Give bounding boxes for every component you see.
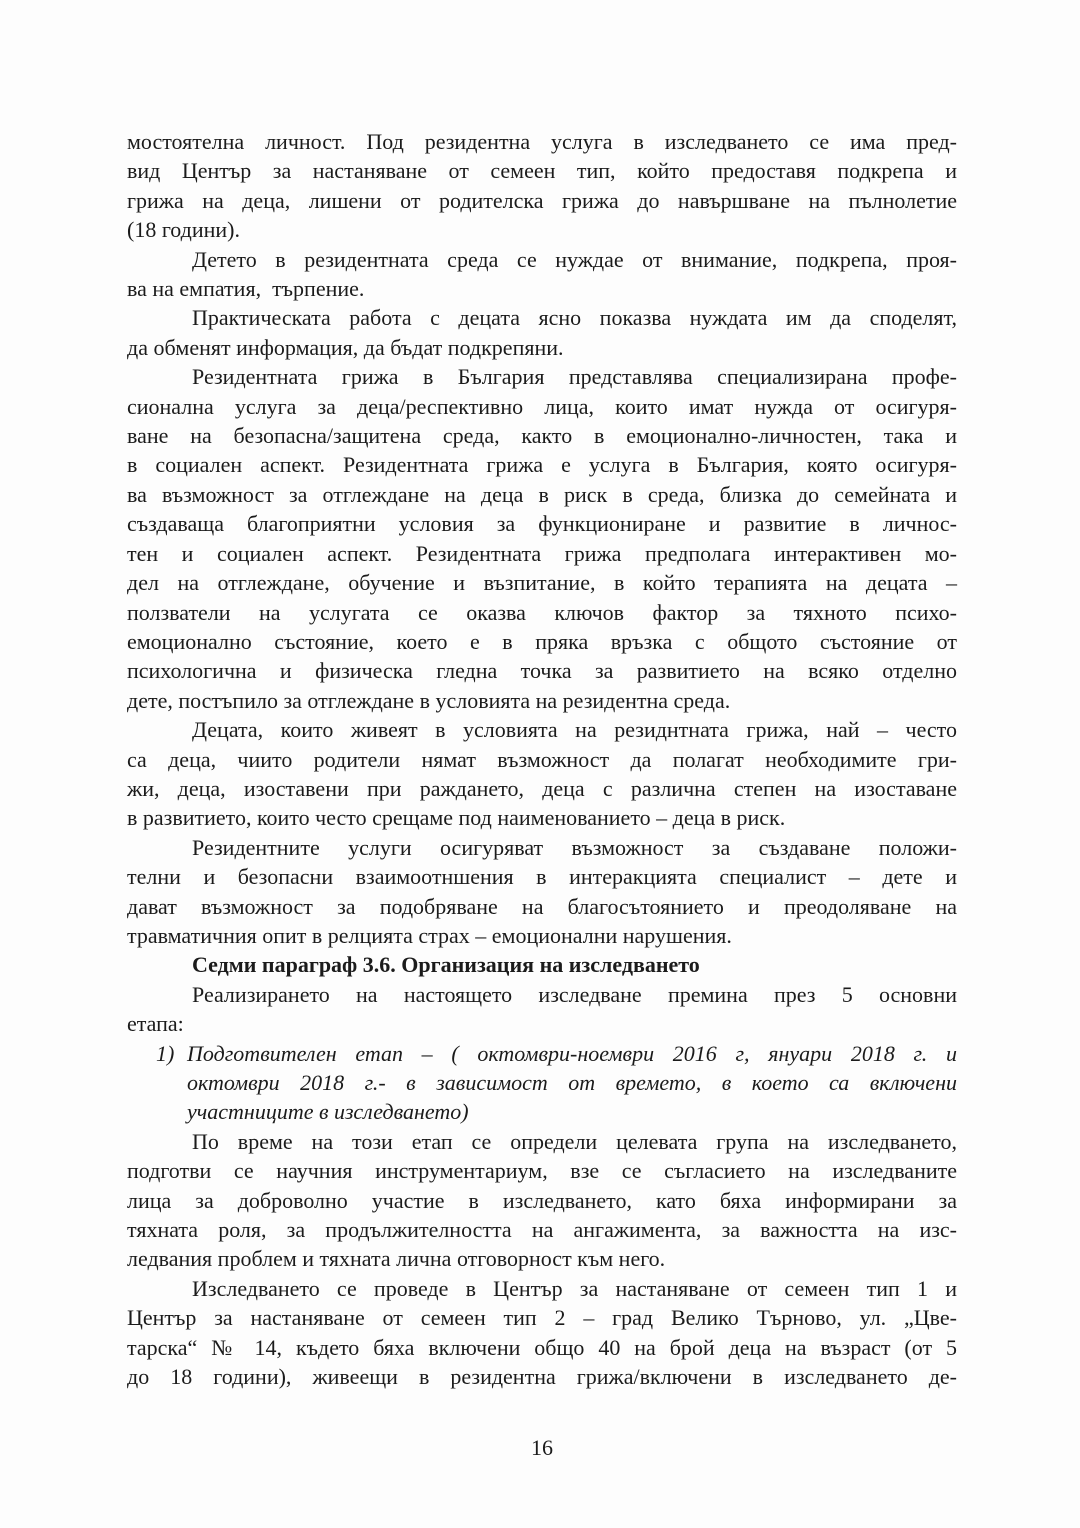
- line-text: участниците в изследването): [187, 1099, 469, 1124]
- text-line: ледвания проблем и тяхната лична отговор…: [127, 1244, 957, 1273]
- text-line: лица за доброволно участие в изследванет…: [127, 1186, 957, 1215]
- line-text: ва възможност за отглеждане на деца в ри…: [127, 482, 957, 507]
- line-text: травматичния опит в релцията страх – емо…: [127, 923, 732, 948]
- line-text: ване на безопасна/защитена среда, както …: [127, 423, 957, 448]
- text-line: в социален аспект. Резидентната грижа е …: [127, 450, 957, 479]
- line-text: тен и социален аспект. Резидентната гриж…: [127, 541, 957, 566]
- line-text: Резидентните услуги осигуряват възможнос…: [192, 835, 957, 860]
- line-text: дават възможност за подобряване на благо…: [127, 894, 957, 919]
- line-text: подготви се научния инструментариум, взе…: [127, 1158, 957, 1183]
- line-text: По време на този етап се определи целева…: [192, 1129, 957, 1154]
- text-line: 1)Подготвителен етап – ( октомври-ноемвр…: [127, 1039, 957, 1068]
- line-text: етапа:: [127, 1011, 184, 1036]
- line-text: (18 години).: [127, 217, 240, 242]
- line-text: тарска“ № 14, където бяха включени общо …: [127, 1335, 957, 1360]
- text-line: участниците в изследването): [127, 1097, 957, 1126]
- line-text: жи, деца, изоставени при раждането, деца…: [127, 776, 957, 801]
- text-line: вид Център за настаняване от семеен тип,…: [127, 156, 957, 185]
- line-text: Център за настаняване от семеен тип 2 – …: [127, 1305, 957, 1330]
- text-line: ване на безопасна/защитена среда, както …: [127, 421, 957, 450]
- text-line: (18 години).: [127, 215, 957, 244]
- page-number: 16: [127, 1433, 957, 1462]
- line-text: Реализирането на настоящето изследване п…: [192, 982, 957, 1007]
- line-text: емоционално състояние, което е в пряка в…: [127, 629, 957, 654]
- line-text: тяхната роля, за продължителността на ан…: [127, 1217, 957, 1242]
- text-line: тяхната роля, за продължителността на ан…: [127, 1215, 957, 1244]
- line-text: сионална услуга за деца/респективно лица…: [127, 394, 957, 419]
- line-text: в социален аспект. Резидентната грижа е …: [127, 452, 957, 477]
- text-line: до 18 години), живеещи в резидентна гриж…: [127, 1362, 957, 1391]
- text-line: По време на този етап се определи целева…: [127, 1127, 957, 1156]
- line-text: ва на емпатия, търпение.: [127, 276, 364, 301]
- line-text: мостоятелна личност. Под резидентна услу…: [127, 129, 957, 154]
- line-text: Изследването се проведе в Център за наст…: [192, 1276, 957, 1301]
- line-text: грижа на деца, лишени от родителска гриж…: [127, 188, 957, 213]
- text-line: травматичния опит в релцията страх – емо…: [127, 921, 957, 950]
- line-text: ледвания проблем и тяхната лична отговор…: [127, 1246, 665, 1271]
- line-text: в развитието, които често срещаме под на…: [127, 805, 785, 830]
- text-line: тен и социален аспект. Резидентната гриж…: [127, 539, 957, 568]
- text-line: етапа:: [127, 1009, 957, 1038]
- text-line: подготви се научния инструментариум, взе…: [127, 1156, 957, 1185]
- text-line: Изследването се проведе в Център за наст…: [127, 1274, 957, 1303]
- line-text: са деца, чиито родители нямат възможност…: [127, 747, 957, 772]
- line-text: Практическата работа с децата ясно показ…: [192, 305, 957, 330]
- line-text: Децата, които живеят в условията на рези…: [192, 717, 957, 742]
- text-line: Детето в резидентната среда се нуждае от…: [127, 245, 957, 274]
- line-text: телни и безопасни взаимоотншения в интер…: [127, 864, 957, 889]
- line-text: лица за доброволно участие в изследванет…: [127, 1188, 957, 1213]
- line-text: Седми параграф 3.6. Организация на изсле…: [192, 952, 700, 977]
- text-line: ва възможност за отглеждане на деца в ри…: [127, 480, 957, 509]
- line-text: до 18 години), живеещи в резидентна гриж…: [127, 1364, 957, 1389]
- text-line: телни и безопасни взаимоотншения в интер…: [127, 862, 957, 891]
- line-text: вид Център за настаняване от семеен тип,…: [127, 158, 957, 183]
- text-line: ползватели на услугата се оказва ключов …: [127, 598, 957, 627]
- text-line: да обменят информация, да бъдат подкрепя…: [127, 333, 957, 362]
- line-text: психологична и физическа гледна точка за…: [127, 658, 957, 683]
- line-text: Детето в резидентната среда се нуждае от…: [192, 247, 957, 272]
- text-line: октомври 2018 г.- в зависимост от времет…: [127, 1068, 957, 1097]
- text-line: дел на отглеждане, обучение и възпитание…: [127, 568, 957, 597]
- text-line: в развитието, които често срещаме под на…: [127, 803, 957, 832]
- line-text: ползватели на услугата се оказва ключов …: [127, 600, 957, 625]
- text-line: тарска“ № 14, където бяха включени общо …: [127, 1333, 957, 1362]
- text-block: мостоятелна личност. Под резидентна услу…: [127, 127, 957, 1391]
- list-marker: 1): [156, 1039, 174, 1068]
- line-text: създаваща благоприятни условия за функци…: [127, 511, 957, 536]
- text-line: Резидентните услуги осигуряват възможнос…: [127, 833, 957, 862]
- text-line: жи, деца, изоставени при раждането, деца…: [127, 774, 957, 803]
- text-line: грижа на деца, лишени от родителска гриж…: [127, 186, 957, 215]
- text-line: Резидентната грижа в България представля…: [127, 362, 957, 391]
- text-line: създаваща благоприятни условия за функци…: [127, 509, 957, 538]
- section-heading-line: Седми параграф 3.6. Организация на изсле…: [127, 950, 957, 979]
- text-line: Център за настаняване от семеен тип 2 – …: [127, 1303, 957, 1332]
- text-line: мостоятелна личност. Под резидентна услу…: [127, 127, 957, 156]
- line-text: да обменят информация, да бъдат подкрепя…: [127, 335, 564, 360]
- line-text: Резидентната грижа в България представля…: [192, 364, 957, 389]
- line-text: дете, постъпило за отглеждане в условият…: [127, 688, 730, 713]
- text-line: Практическата работа с децата ясно показ…: [127, 303, 957, 332]
- text-line: дете, постъпило за отглеждане в условият…: [127, 686, 957, 715]
- text-line: Реализирането на настоящето изследване п…: [127, 980, 957, 1009]
- line-text: октомври 2018 г.- в зависимост от времет…: [187, 1070, 957, 1095]
- text-line: Децата, които живеят в условията на рези…: [127, 715, 957, 744]
- line-text: Подготвителен етап – ( октомври-ноември …: [187, 1041, 957, 1066]
- text-line: дават възможност за подобряване на благо…: [127, 892, 957, 921]
- text-line: емоционално състояние, което е в пряка в…: [127, 627, 957, 656]
- text-line: сионална услуга за деца/респективно лица…: [127, 392, 957, 421]
- document-page: мостоятелна личност. Под резидентна услу…: [0, 0, 1080, 1528]
- text-line: психологична и физическа гледна точка за…: [127, 656, 957, 685]
- line-text: дел на отглеждане, обучение и възпитание…: [127, 570, 957, 595]
- text-line: ва на емпатия, търпение.: [127, 274, 957, 303]
- text-line: са деца, чиито родители нямат възможност…: [127, 745, 957, 774]
